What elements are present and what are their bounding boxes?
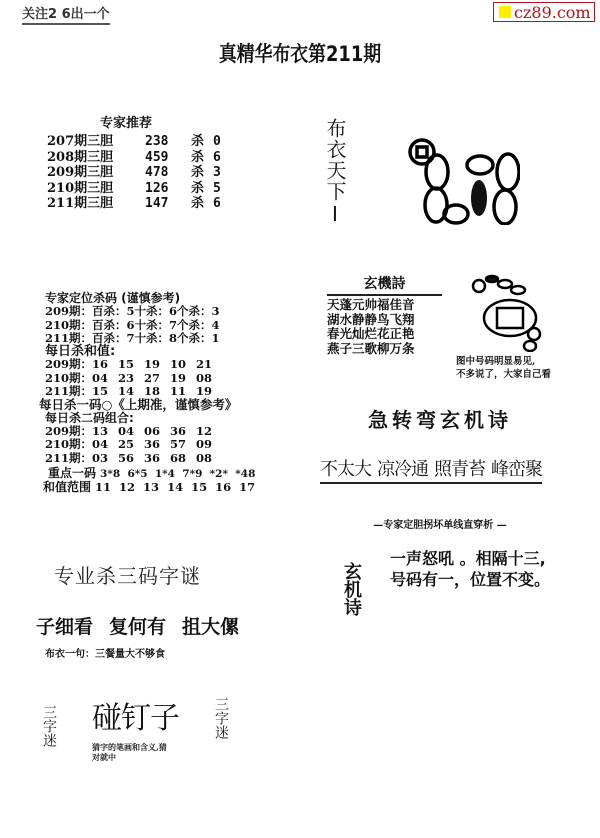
expert-analysis-line: —专家定胆拐坏单线直穿析 —	[300, 516, 580, 531]
key-code-row: 重点一码 3*8 6*5 1*4 7*9 *2* *48	[48, 467, 255, 481]
position-kill-row: 209期：百杀：5十杀：6个杀：3	[45, 305, 255, 318]
riddle-label-left: 三字迷	[40, 705, 57, 747]
daily-sum-row: 211期：1514181119	[45, 385, 255, 398]
three-code-riddle-title: 专业杀三码字谜	[54, 560, 201, 589]
expert-recommend-table: 207期三胆238杀0 208期三胆459杀6 209期三胆478杀3 210期…	[47, 134, 221, 212]
daily-kill-two-heading: 每日杀二码组合:	[45, 412, 255, 425]
sharp-turn-title: 急转弯玄机诗	[300, 404, 580, 433]
riddle-phrases: 子细看复何有抯大傫	[36, 612, 255, 639]
riddle-answer-word: 碰钉子	[92, 693, 179, 737]
image-hint: 图中号码明显易见, 不多说了，大家自己看	[456, 355, 551, 381]
daily-kill-two-row: 210期：0425365709	[45, 438, 255, 451]
bracelet-image-icon	[470, 272, 550, 352]
beads-image-icon	[405, 135, 520, 225]
position-kill-row: 210期：百杀：6十杀：7个杀：4	[45, 319, 255, 332]
poem-line: 湖水静静鸟飞翔	[327, 313, 442, 328]
xuanji-shi-label: 玄机诗	[336, 562, 366, 616]
expert-recommend-heading: 专家推荐	[100, 112, 152, 131]
follow-note: 关注2 6出一个	[22, 7, 110, 25]
table-row: 208期三胆459杀6	[47, 150, 221, 166]
table-row: 209期三胆478杀3	[47, 165, 221, 181]
watermark-badge: cz89.com	[493, 2, 595, 22]
sharp-turn-phrases: 不太大凉冷通照青苔峰峦聚	[320, 460, 542, 484]
vertical-title: 布衣天下I	[324, 118, 346, 227]
daily-sum-row: 209期：1615191021	[45, 358, 255, 371]
riddle-note: 猜字的笔画和含义,猜对就中	[92, 742, 172, 762]
riddle-label-right: 三字迷	[212, 697, 229, 739]
mystic-poem: 玄機詩 天蓬元帅福佳音 湖水静静鸟飞翔 春光灿烂花正艳 燕子三歌柳万条	[327, 273, 442, 356]
poem-line: 天蓬元帅福佳音	[327, 298, 442, 313]
page-title: 真精华布衣第211期	[45, 38, 555, 68]
table-row: 210期三胆126杀5	[47, 181, 221, 197]
watermark-text: cz89.com	[514, 3, 591, 22]
daily-sum-kill-heading: 每日杀和值:	[45, 345, 255, 358]
yellow-square-icon	[499, 6, 511, 18]
table-row: 211期三胆147杀6	[47, 196, 221, 212]
daily-kill-two-row: 211期：0356366808	[45, 452, 255, 465]
poem-line: 春光灿烂花正艳	[327, 327, 442, 342]
buyi-line: 布衣一句：三餐量大不够食	[45, 645, 165, 660]
sum-range-row: 和值范围 11 12 13 14 15 16 17	[43, 481, 255, 494]
poem-line: 燕子三歌柳万条	[327, 342, 442, 357]
xuanji-shi-text: 一声怒吼 。相隔十三, 号码有一，位置不变。	[390, 548, 550, 590]
position-kill-heading: 专家定位杀码 (谨慎参考)	[45, 292, 255, 305]
daily-sum-row: 210期：0423271908	[45, 372, 255, 385]
daily-kill-one-heading: 每日杀一码○《上期准，谨慎参考》	[39, 398, 255, 411]
daily-kill-two-row: 209期：1304063612	[45, 425, 255, 438]
kill-block: 专家定位杀码 (谨慎参考) 209期：百杀：5十杀：6个杀：3 210期：百杀：…	[45, 292, 255, 494]
mystic-poem-title: 玄機詩	[327, 273, 442, 296]
table-row: 207期三胆238杀0	[47, 134, 221, 150]
